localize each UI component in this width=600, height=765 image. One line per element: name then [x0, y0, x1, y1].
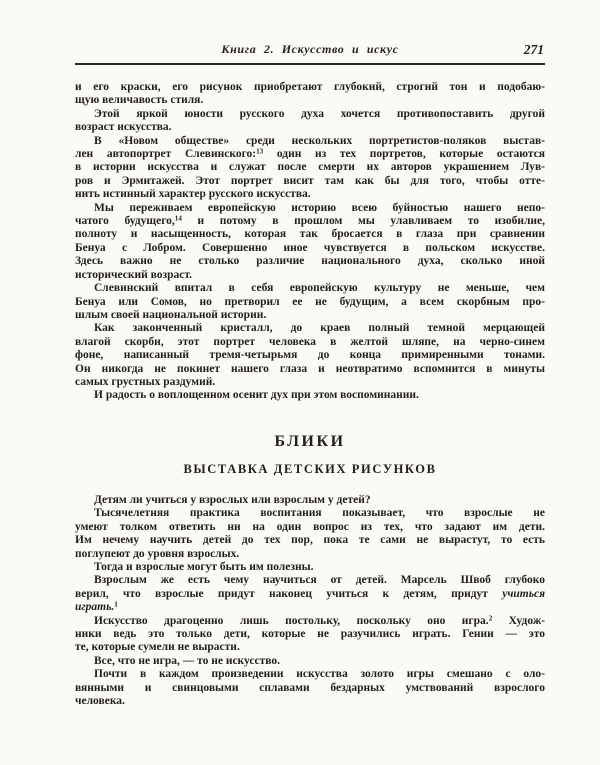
text-line: Тысячелетняя практика воспитания показыв… — [75, 507, 545, 520]
article-2: Детям ли учиться у взрослых или взрослым… — [75, 494, 545, 709]
italic-text: учиться — [502, 588, 545, 600]
text-line: щую величавость стиля. — [75, 94, 545, 107]
text-line: поглупеют до уровня взрослых. — [75, 548, 545, 561]
italic-text: играть. — [75, 601, 114, 613]
text-run: В «Новом обществе» среди нескольких порт… — [94, 135, 545, 147]
text-run: Им нечему научить детей до тех пор, пока… — [75, 534, 545, 546]
text-line: В «Новом обществе» среди нескольких порт… — [75, 135, 545, 148]
text-run: и потому в прошлом мы улавливаем то изоб… — [182, 215, 545, 227]
text-line: Им нечему научить детей до тех пор, пока… — [75, 534, 545, 547]
text-line: Он никогда не покинет нашего глаза и нео… — [75, 363, 545, 376]
text-line: фоне, написанный тремя-четырьмя до конца… — [75, 349, 545, 362]
text-run: Здесь важно не столько различие национал… — [75, 255, 545, 267]
footnote-reference: 1 — [114, 601, 118, 609]
text-run: лен автопортрет Слевинского: — [75, 148, 256, 160]
text-run: Почти в каждом произведении искусства зо… — [94, 668, 545, 680]
text-run: Как законченный кристалл, до краев полны… — [94, 322, 545, 334]
text-line: Этой яркой юности русского духа хочется … — [75, 108, 545, 121]
text-run: ники ведь это только дети, которые не ра… — [75, 628, 545, 640]
text-run: щую величавость стиля. — [75, 94, 203, 106]
text-run: те, которые сумели не вырасти. — [75, 641, 240, 653]
text-line: Здесь важно не столько различие национал… — [75, 255, 545, 268]
footnote-reference: 14 — [175, 215, 182, 223]
text-run: возраст искусства. — [75, 121, 172, 133]
text-run: самых грустных раздумий. — [75, 376, 215, 388]
text-line: Взрослым же есть чему научиться от детей… — [75, 574, 545, 587]
text-line: ники ведь это только дети, которые не ра… — [75, 628, 545, 641]
text-line: Тогда и взрослые могут быть им полезны. — [75, 561, 545, 574]
article-1: и его краски, его рисунок приобретают гл… — [75, 81, 545, 403]
text-line: Искусство драгоценно лишь постольку, пос… — [75, 615, 545, 628]
text-run: Бенуа или Сомов, но претворил ее не буду… — [75, 296, 545, 308]
text-run: исторический возраст. — [75, 269, 192, 281]
running-title: Книга 2. Искусство и искус — [75, 42, 545, 57]
text-run: Мы переживаем европейскую историю всею б… — [94, 202, 545, 214]
text-line: Почти в каждом произведении искусства зо… — [75, 668, 545, 681]
text-line: исторический возраст. — [75, 269, 545, 282]
text-run: человека. — [75, 695, 125, 707]
text-run: влагой скорби, этот портрет человека в ж… — [75, 336, 545, 348]
text-line: самых грустных раздумий. — [75, 376, 545, 389]
text-run: Слевинский впитал в себя европейскую кул… — [94, 282, 545, 294]
text-run: вянными и свинцовыми сплавами бездарных … — [75, 682, 545, 694]
text-line: играть.1 — [75, 601, 545, 614]
text-line: Как законченный кристалл, до краев полны… — [75, 322, 545, 335]
text-run: Этой яркой юности русского духа хочется … — [94, 108, 545, 120]
section-subheading: ВЫСТАВКА ДЕТСКИХ РИСУНКОВ — [75, 462, 545, 477]
header-rule — [75, 63, 545, 65]
text-line: умеют толком ответить ни на один вопрос … — [75, 521, 545, 534]
text-run: Искусство драгоценно лишь постольку, пос… — [94, 615, 489, 627]
text-run: в истории искусства и служат после смерт… — [75, 161, 545, 173]
text-line: человека. — [75, 695, 545, 708]
book-page: Книга 2. Искусство и искус 271 и его кра… — [0, 0, 600, 765]
text-line: возраст искусства. — [75, 121, 545, 134]
text-run: умеют толком ответить ни на один вопрос … — [75, 521, 545, 533]
text-line: Все, что не игра, — то не искусство. — [75, 655, 545, 668]
text-line: Бенуа или Сомов, но претворил ее не буду… — [75, 296, 545, 309]
text-line: чатого будущего,14 и потому в прошлом мы… — [75, 215, 545, 228]
text-line: шлым своей национальной истории. — [75, 309, 545, 322]
text-run: Детям ли учиться у взрослых или взрослым… — [94, 494, 371, 506]
text-line: верил, что взрослые придут наконец учить… — [75, 588, 545, 601]
text-line: влагой скорби, этот портрет человека в ж… — [75, 336, 545, 349]
text-line: И радость о воплощенном осенит дух при э… — [75, 389, 545, 402]
text-line: лен автопортрет Слевинского:13 один из т… — [75, 148, 545, 161]
text-run: нить истинный характер русского искусств… — [75, 188, 311, 200]
text-line: нить истинный характер русского искусств… — [75, 188, 545, 201]
text-line: те, которые сумели не вырасти. — [75, 641, 545, 654]
text-run: Все, что не игра, — то не искусство. — [94, 655, 280, 667]
text-run: чатого будущего, — [75, 215, 175, 227]
text-run: шлым своей национальной истории. — [75, 309, 266, 321]
text-line: Детям ли учиться у взрослых или взрослым… — [75, 494, 545, 507]
text-run: верил, что взрослые придут наконец учить… — [75, 588, 502, 600]
text-run: Бенуа с Лобром. Совершенно иное чувствуе… — [75, 242, 545, 254]
page-header: Книга 2. Искусство и искус 271 — [75, 42, 545, 62]
text-line: вянными и свинцовыми сплавами бездарных … — [75, 682, 545, 695]
text-run: поглупеют до уровня взрослых. — [75, 548, 239, 560]
text-line: полноту и насыщенность, которая так брос… — [75, 228, 545, 241]
text-line: Слевинский впитал в себя европейскую кул… — [75, 282, 545, 295]
text-line: Бенуа с Лобром. Совершенно иное чувствуе… — [75, 242, 545, 255]
text-line: в истории искусства и служат после смерт… — [75, 161, 545, 174]
text-run: и его краски, его рисунок приобретают гл… — [75, 81, 545, 93]
text-run: Тысячелетняя практика воспитания показыв… — [94, 507, 545, 519]
text-run: один из тех портретов, которые остаются — [263, 148, 545, 160]
text-run: ров и Эрмитажей. Этот портрет висит там … — [75, 175, 545, 187]
text-line: и его краски, его рисунок приобретают гл… — [75, 81, 545, 94]
text-run: полноту и насыщенность, которая так брос… — [75, 228, 545, 240]
text-run: И радость о воплощенном осенит дух при э… — [94, 389, 419, 401]
section-heading: БЛИКИ — [75, 433, 545, 451]
text-line: Мы переживаем европейскую историю всею б… — [75, 202, 545, 215]
text-run: фоне, написанный тремя-четырьмя до конца… — [75, 349, 545, 361]
text-run: Худож- — [492, 615, 545, 627]
text-run: Тогда и взрослые могут быть им полезны. — [94, 561, 313, 573]
text-run: Взрослым же есть чему научиться от детей… — [94, 574, 545, 586]
text-line: ров и Эрмитажей. Этот портрет висит там … — [75, 175, 545, 188]
text-run: Он никогда не покинет нашего глаза и нео… — [75, 363, 545, 375]
page-number: 271 — [524, 42, 544, 58]
